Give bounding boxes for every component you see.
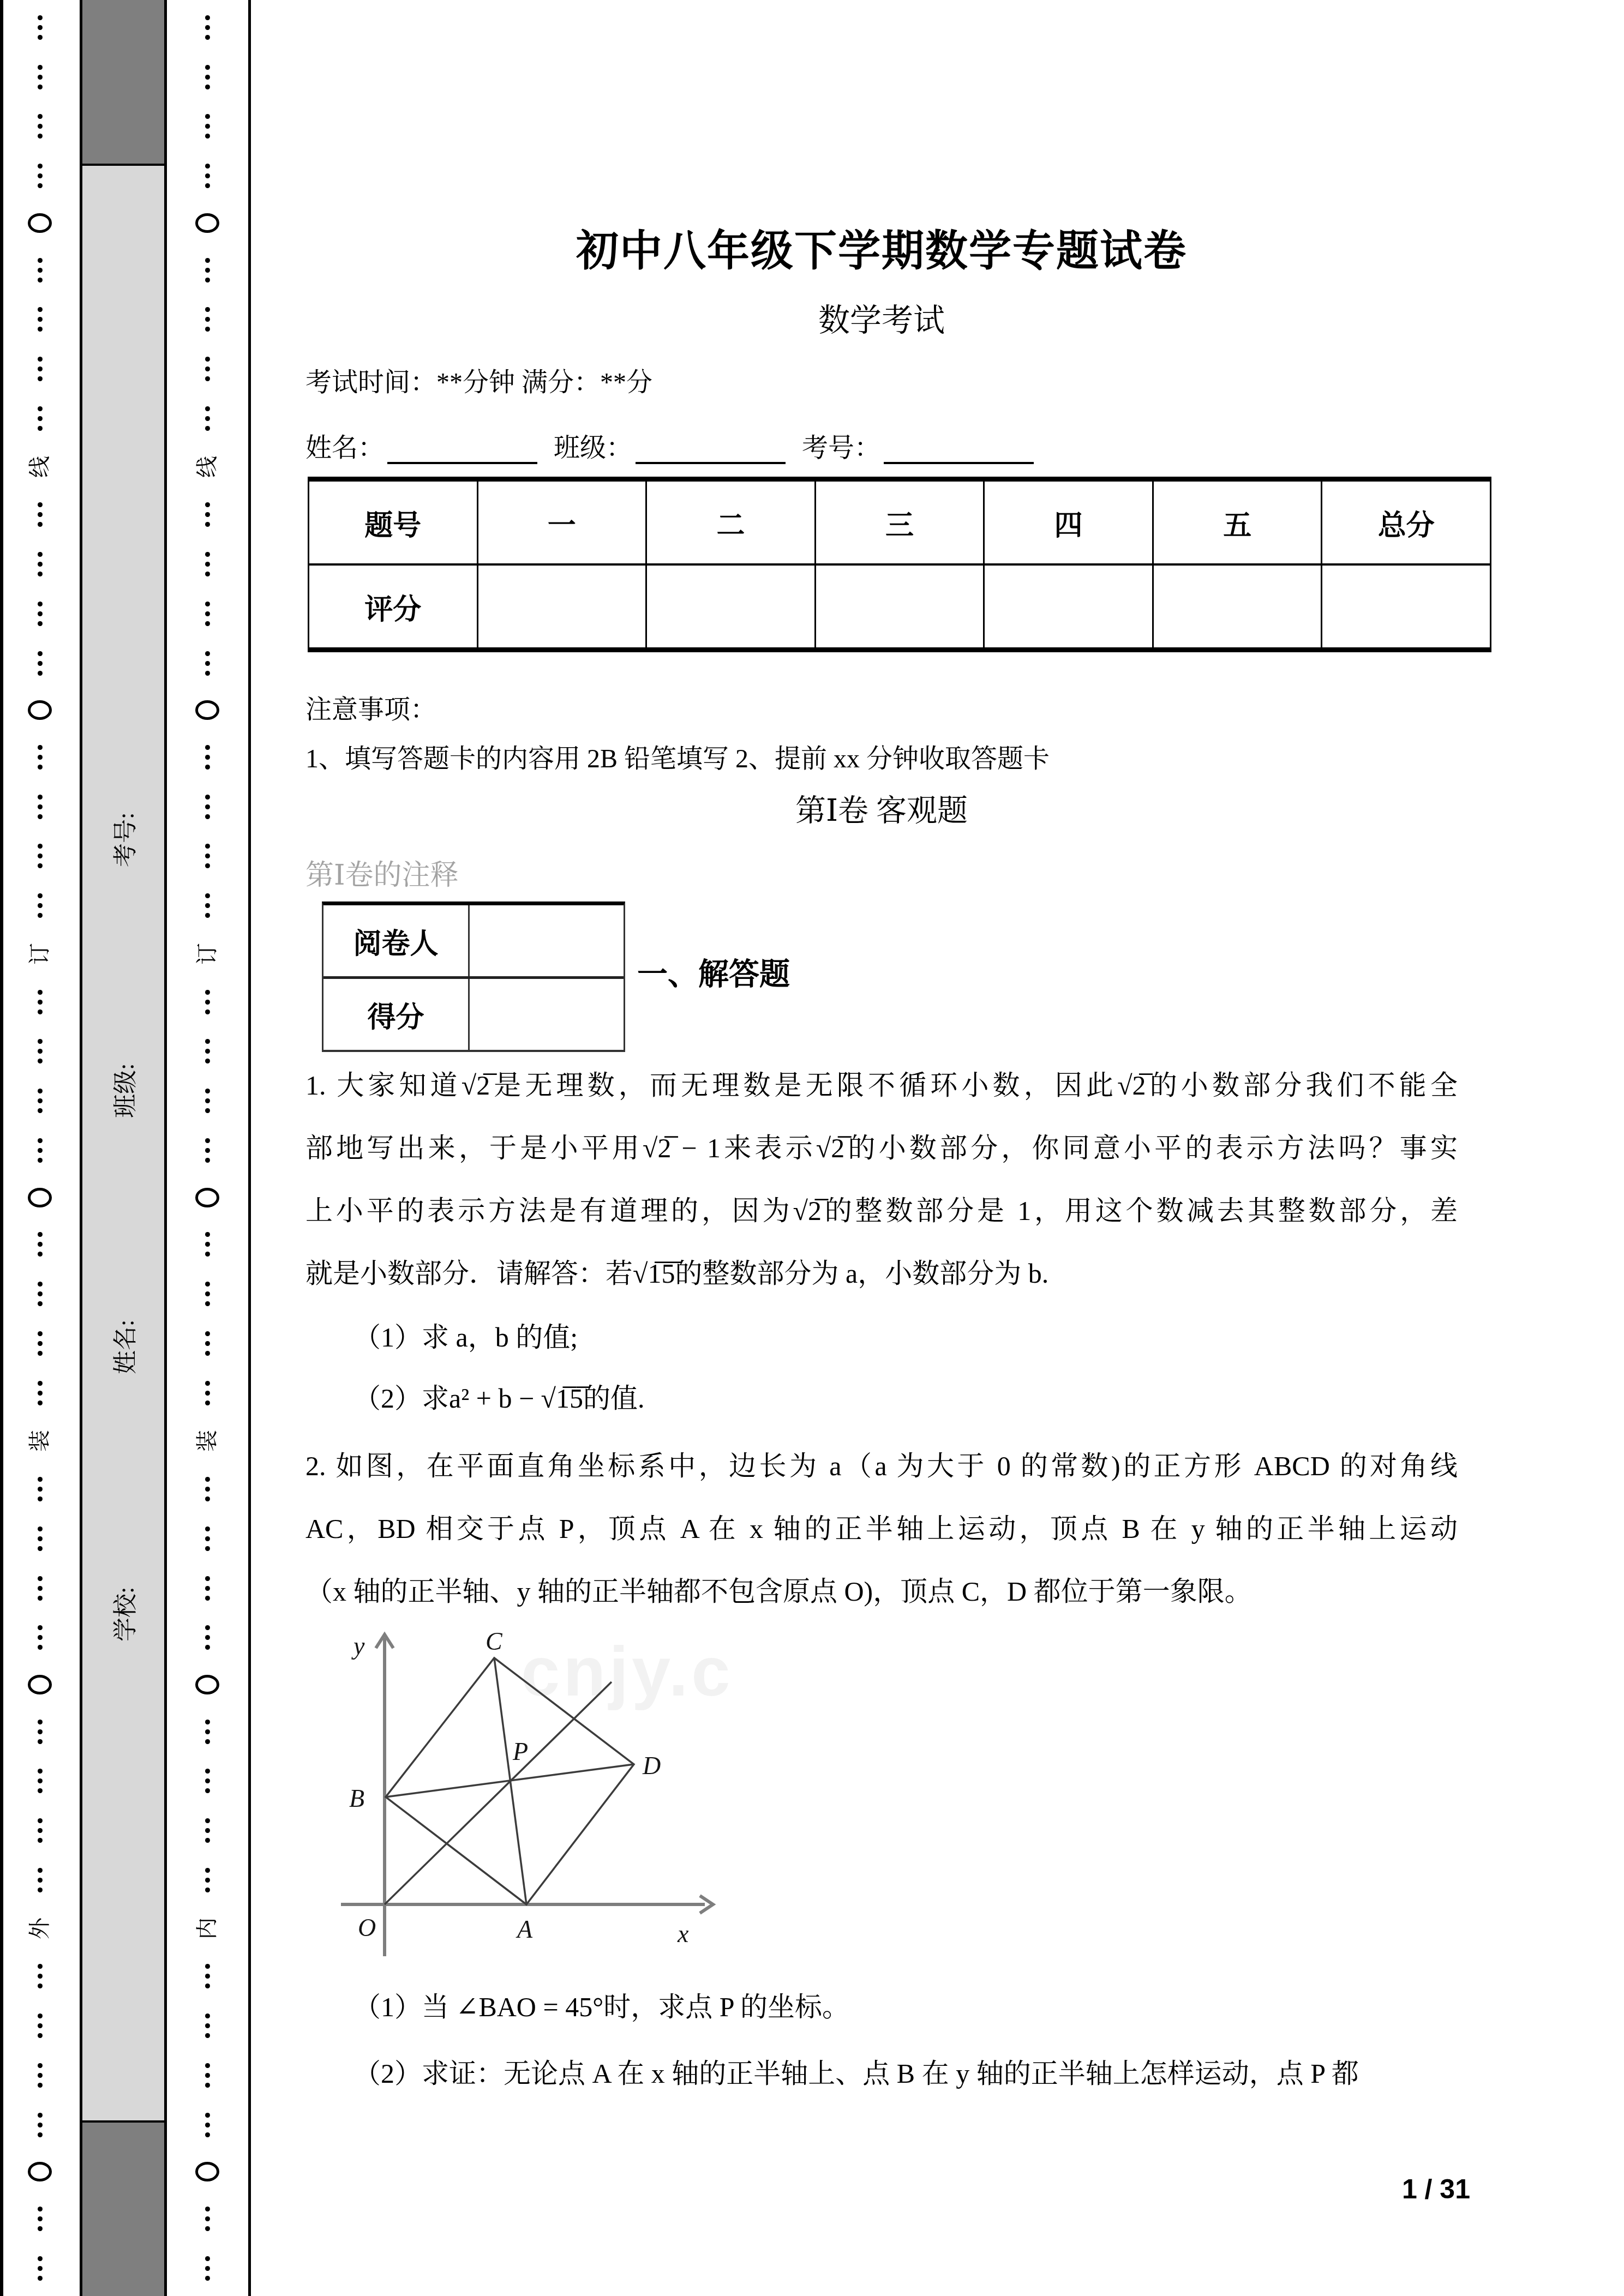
point-d-label: D (642, 1752, 661, 1780)
point-c-label: C (486, 1627, 503, 1655)
binding-ring-icon (195, 2162, 219, 2181)
origin-label: O (358, 1914, 376, 1942)
binding-dots (205, 1526, 210, 1551)
binding-dots (38, 1625, 43, 1650)
binding-dots (38, 1868, 43, 1892)
score-summary-table: 题号 一 二 三 四 五 总分 评分 (308, 477, 1491, 652)
binding-dots (205, 164, 210, 188)
binding-dots (205, 1138, 210, 1163)
binding-dots (38, 745, 43, 770)
binding-dots (38, 2256, 43, 2281)
binding-dots (205, 745, 210, 770)
binding-dots (38, 1769, 43, 1793)
y-axis-label: y (351, 1632, 365, 1660)
binding-dots (38, 1818, 43, 1843)
exam-no-label: 考号： (802, 434, 880, 462)
binding-dots (205, 893, 210, 918)
binding-ring-icon (195, 213, 219, 233)
binding-dots (205, 1769, 210, 1793)
binding-line-char: 外 (29, 1918, 51, 1939)
binding-dots (38, 164, 43, 188)
score-label: 得分 (323, 979, 470, 1050)
part-title: 一、解答题 (637, 950, 790, 994)
binding-line-char: 装 (29, 1430, 51, 1452)
exam-no-blank-line (884, 438, 1034, 464)
binding-dots (38, 552, 43, 576)
binding-dots (38, 795, 43, 819)
binding-dots (205, 1720, 210, 1744)
page-left-border (0, 0, 3, 2296)
binding-dots (205, 2256, 210, 2281)
binding-dots (38, 1526, 43, 1551)
score-cell-empty (1154, 566, 1323, 647)
question1-line: 部地写出来，于是小平用√2̅ − 1来表示√2̅的小数部分，你同意小平的表示方法… (305, 1126, 1458, 1165)
question2-sub2: （2）求证：无论点 A 在 x 轴的正半轴上、点 B 在 y 轴的正半轴上怎样运… (353, 2052, 1359, 2091)
binding-dots (205, 2207, 210, 2231)
binding-dots (38, 357, 43, 381)
binding-dots (38, 15, 43, 40)
page-subtitle: 数学考试 (305, 294, 1458, 340)
x-axis-label: x (677, 1920, 689, 1948)
binding-column-dark-top (82, 0, 164, 166)
volume-note: 第Ⅰ卷的注释 (305, 852, 459, 893)
exam-info-line: 考试时间：**分钟 满分：**分 (305, 361, 652, 399)
binding-dots (38, 893, 43, 918)
binding-dots (38, 651, 43, 676)
binding-dots (38, 1381, 43, 1405)
binding-dots (205, 406, 210, 431)
content-left-border (248, 0, 251, 2296)
exam-number-field-label: 考号: (106, 813, 141, 867)
binding-dots (38, 406, 43, 431)
student-info-line: 姓名：班级：考号： (305, 426, 1034, 464)
question2-line: AC，BD 相交于点 P，顶点 A 在 x 轴的正半轴上运动，顶点 B 在 y … (305, 1507, 1458, 1546)
score-cell-empty (816, 566, 985, 647)
question1-line: 就是小数部分．请解答：若√1̅5̅的整数部分为 a，小数部分为 b. (305, 1252, 1458, 1291)
score-header-cell: 四 (985, 482, 1154, 563)
table-row: 阅卷人 (323, 905, 624, 979)
binding-dots (38, 1232, 43, 1257)
binding-dots (205, 1576, 210, 1601)
score-row-label: 评分 (309, 566, 478, 647)
binding-dots (205, 1964, 210, 1988)
binding-dots (38, 1720, 43, 1744)
binding-dots (38, 114, 43, 139)
score-header-cell: 一 (478, 482, 648, 563)
name-label: 姓名： (305, 434, 384, 462)
binding-dots (38, 2113, 43, 2137)
binding-line-char: 装 (196, 1430, 218, 1452)
binding-dots (205, 1282, 210, 1306)
class-blank-line (636, 438, 786, 464)
table-row: 得分 (323, 979, 624, 1050)
volume-title: 第Ⅰ卷 客观题 (305, 786, 1458, 830)
binding-line-inner: 线订装内 (183, 0, 232, 2296)
binding-ring-icon (28, 213, 52, 233)
binding-line-char: 线 (29, 456, 51, 478)
binding-ring-icon (195, 700, 219, 720)
question2-line: （x 轴的正半轴、y 轴的正半轴都不包含原点 O)，顶点 C，D 都位于第一象限… (305, 1570, 1458, 1609)
binding-dots (38, 1282, 43, 1306)
point-b-label: B (349, 1784, 364, 1812)
binding-dots (205, 1868, 210, 1892)
binding-dots (38, 1477, 43, 1501)
binding-dots (205, 65, 210, 89)
grader-cell-empty (470, 905, 624, 976)
binding-ring-icon (195, 1188, 219, 1207)
binding-dots (205, 1331, 210, 1356)
binding-dots (205, 357, 210, 381)
binding-dots (38, 502, 43, 527)
binding-dots (38, 844, 43, 868)
binding-dots (38, 1964, 43, 1988)
question2-sub1: （1）当 ∠BAO = 45°时，求点 P 的坐标。 (353, 1985, 849, 2024)
binding-dots (205, 990, 210, 1014)
point-a-label: A (516, 1915, 533, 1943)
school-field-label: 学校: (106, 1587, 141, 1642)
binding-dots (205, 307, 210, 332)
binding-dots (205, 1232, 210, 1257)
binding-dots (38, 307, 43, 332)
table-row: 题号 一 二 三 四 五 总分 (309, 482, 1490, 566)
question1-sub2: （2）求a² + b − √1̅5̅的值. (353, 1377, 645, 1416)
binding-dots (205, 2113, 210, 2137)
binding-ring-icon (28, 1188, 52, 1207)
binding-dots (38, 1089, 43, 1113)
page-number: 1 / 31 (1255, 2173, 1470, 2205)
question1-sub1: （1）求 a，b 的值; (353, 1315, 578, 1355)
binding-dots (38, 602, 43, 626)
score-cell-empty (470, 979, 624, 1050)
point-p-label: P (512, 1738, 528, 1765)
notes-title: 注意事项： (305, 688, 436, 726)
binding-dots (38, 1576, 43, 1601)
name-blank-line (387, 438, 537, 464)
binding-dots (38, 258, 43, 283)
binding-dots (205, 1477, 210, 1501)
binding-dots (205, 2063, 210, 2088)
binding-dots (205, 651, 210, 676)
binding-dots (38, 65, 43, 89)
question1-line: 1. 大家知道√2̅是无理数，而无理数是无限不循环小数，因此√2̅的小数部分我们… (305, 1063, 1458, 1103)
name-field-label: 姓名: (106, 1320, 141, 1374)
binding-dots (205, 258, 210, 283)
binding-dots (205, 602, 210, 626)
grader-label: 阅卷人 (323, 905, 470, 976)
binding-dots (38, 990, 43, 1014)
exam-paper-page: 线订装外 考号: 班级: 姓名: 学校: 线订装内 初中八年级下学期数学专题试卷… (0, 0, 1624, 2296)
notes-item: 1、填写答题卡的内容用 2B 铅笔填写 2、提前 xx 分钟收取答题卡 (305, 737, 1050, 775)
binding-info-column: 考号: 班级: 姓名: 学校: (80, 0, 167, 2296)
grader-score-box: 阅卷人 得分 (322, 901, 625, 1052)
binding-dots (38, 2063, 43, 2088)
score-header-cell: 题号 (309, 482, 478, 563)
score-header-cell: 二 (647, 482, 816, 563)
binding-dots (205, 2013, 210, 2038)
binding-dots (38, 1331, 43, 1356)
question2-line: 2. 如图，在平面直角坐标系中，边长为 a（a 为大于 0 的常数)的正方形 A… (305, 1444, 1458, 1483)
binding-dots (38, 2207, 43, 2231)
binding-line-char: 订 (29, 943, 51, 965)
binding-dots (38, 1039, 43, 1063)
score-header-cell: 五 (1154, 482, 1323, 563)
binding-dots (205, 1818, 210, 1843)
class-field-label: 班级: (106, 1063, 141, 1118)
score-cell-empty (478, 566, 648, 647)
score-cell-empty (985, 566, 1154, 647)
score-cell-empty (1322, 566, 1490, 647)
binding-column-dark-bottom (82, 2120, 164, 2296)
binding-dots (205, 502, 210, 527)
binding-dots (205, 114, 210, 139)
coordinate-figure: y C P D B O A x (327, 1622, 720, 1963)
binding-dots (205, 15, 210, 40)
class-label: 班级： (554, 434, 632, 462)
score-header-cell: 三 (816, 482, 985, 563)
binding-line-outer: 线订装外 (15, 0, 64, 2296)
binding-ring-icon (28, 1675, 52, 1694)
page-title: 初中八年级下学期数学专题试卷 (305, 217, 1458, 278)
question1-line: 上小平的表示方法是有道理的，因为√2̅的整数部分是 1，用这个数减去其整数部分，… (305, 1189, 1458, 1228)
binding-ring-icon (195, 1675, 219, 1694)
binding-dots (205, 1625, 210, 1650)
binding-dots (205, 1089, 210, 1113)
binding-dots (205, 795, 210, 819)
binding-line-char: 订 (196, 943, 218, 965)
binding-line-char: 内 (196, 1918, 218, 1939)
binding-ring-icon (28, 700, 52, 720)
score-cell-empty (647, 566, 816, 647)
binding-line-char: 线 (196, 456, 218, 478)
score-header-cell: 总分 (1322, 482, 1490, 563)
binding-dots (205, 552, 210, 576)
binding-dots (38, 2013, 43, 2038)
binding-dots (205, 1039, 210, 1063)
binding-dots (205, 844, 210, 868)
binding-dots (205, 1381, 210, 1405)
table-row: 评分 (309, 566, 1490, 647)
binding-dots (38, 1138, 43, 1163)
binding-ring-icon (28, 2162, 52, 2181)
